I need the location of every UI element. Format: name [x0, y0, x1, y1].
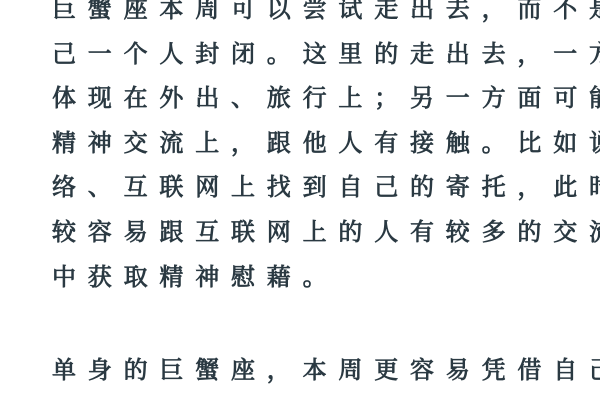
- paragraph-spacer: [52, 299, 572, 348]
- text-line: 单身的巨蟹座，本周更容易凭借自己的幻: [52, 348, 572, 393]
- paragraph-single: 单身的巨蟹座，本周更容易凭借自己的幻: [52, 348, 572, 393]
- text-line: 精神交流上，跟他人有接触。比如说在网: [52, 121, 572, 166]
- text-line: 中获取精神慰藉。: [52, 255, 572, 300]
- text-line: 巨蟹座本周可以尝试走出去，而不是把自: [52, 0, 572, 32]
- text-line: 体现在外出、旅行上；另一方面可能是在: [52, 76, 572, 121]
- text-line: 络、互联网上找到自己的寄托，此时你比: [52, 165, 572, 210]
- paragraph-going-out: 巨蟹座本周可以尝试走出去，而不是把自 己一个人封闭。这里的走出去，一方面是 体现…: [52, 0, 572, 299]
- article-body: 巨蟹座本周可以尝试走出去，而不是把自 己一个人封闭。这里的走出去，一方面是 体现…: [52, 0, 572, 393]
- text-line: 己一个人封闭。这里的走出去，一方面是: [52, 32, 572, 77]
- text-line: 较容易跟互联网上的人有较多的交流，从: [52, 210, 572, 255]
